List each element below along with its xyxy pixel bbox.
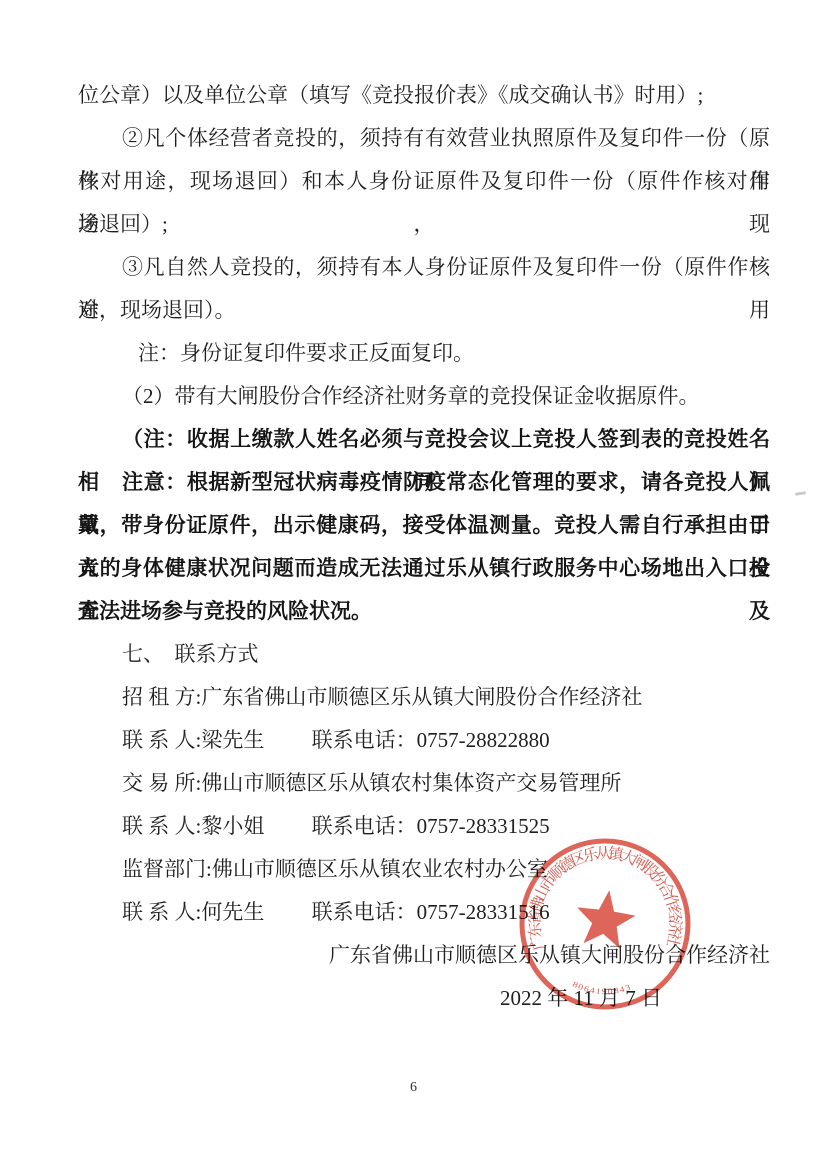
signature-org: 广东省佛山市顺德区乐从镇大闸股份合作经济社 bbox=[78, 934, 770, 977]
contact-line-person-li: 联 系 人:黎小姐 联系电话：0757-28331525 bbox=[78, 805, 770, 848]
signature-date: 2022 年 11 月 7 日 bbox=[78, 977, 770, 1020]
text-line: ②凡个体经营者竞投的，须持有有效营业执照原件及复印件一份（原件作 bbox=[78, 117, 770, 160]
text-line: 注：身份证复印件要求正反面复印。 bbox=[78, 332, 770, 375]
text-line: （2）带有大闸股份合作经济社财务章的竞投保证金收据原件。 bbox=[78, 375, 770, 418]
text-line-note: （注：收据上缴款人姓名必须与竞投会议上竞投人签到表的竞投姓名相同） bbox=[78, 418, 770, 461]
text-line: 位公章）以及单位公章（填写《竞投报价表》《成交确认书》时用）; bbox=[78, 74, 770, 117]
document-page: 位公章）以及单位公章（填写《竞投报价表》《成交确认书》时用）; ②凡个体经营者竞… bbox=[0, 0, 827, 1169]
scan-artifact-speck bbox=[795, 491, 806, 496]
contact-line-person-liang: 联 系 人:梁先生 联系电话：0757-28822880 bbox=[78, 719, 770, 762]
contact-line-exchange: 交 易 所:佛山市顺德区乐从镇农村集体资产交易管理所 bbox=[78, 762, 770, 805]
section-heading-contact: 七、 联系方式 bbox=[78, 633, 770, 676]
document-body: 位公章）以及单位公章（填写《竞投报价表》《成交确认书》时用）; ②凡个体经营者竞… bbox=[78, 74, 770, 1020]
text-line-notice: 人的身体健康状况问题而造成无法通过乐从镇行政服务中心场地出入口检查及 bbox=[78, 547, 770, 590]
page-number: 6 bbox=[0, 1080, 827, 1096]
text-line: ③凡自然人竞投的，须持有本人身份证原件及复印件一份（原件作核对用 bbox=[78, 246, 770, 289]
contact-line-lessor: 招 租 方:广东省佛山市顺德区乐从镇大闸股份合作经济社 bbox=[78, 676, 770, 719]
contact-line-supervisor: 监督部门:佛山市顺德区乐从镇农业农村办公室 bbox=[78, 848, 770, 891]
text-line-notice: 罩，带身份证原件，出示健康码，接受体温测量。竞投人需自行承担由于竞投 bbox=[78, 504, 770, 547]
text-line-notice: 注意：根据新型冠状病毒疫情防疫常态化管理的要求，请各竞投人佩戴口 bbox=[78, 461, 770, 504]
text-line: 核对用途，现场退回）和本人身份证原件及复印件一份（原件作核对用途，现 bbox=[78, 160, 770, 203]
contact-line-person-he: 联 系 人:何先生 联系电话：0757-28331516 bbox=[78, 891, 770, 934]
